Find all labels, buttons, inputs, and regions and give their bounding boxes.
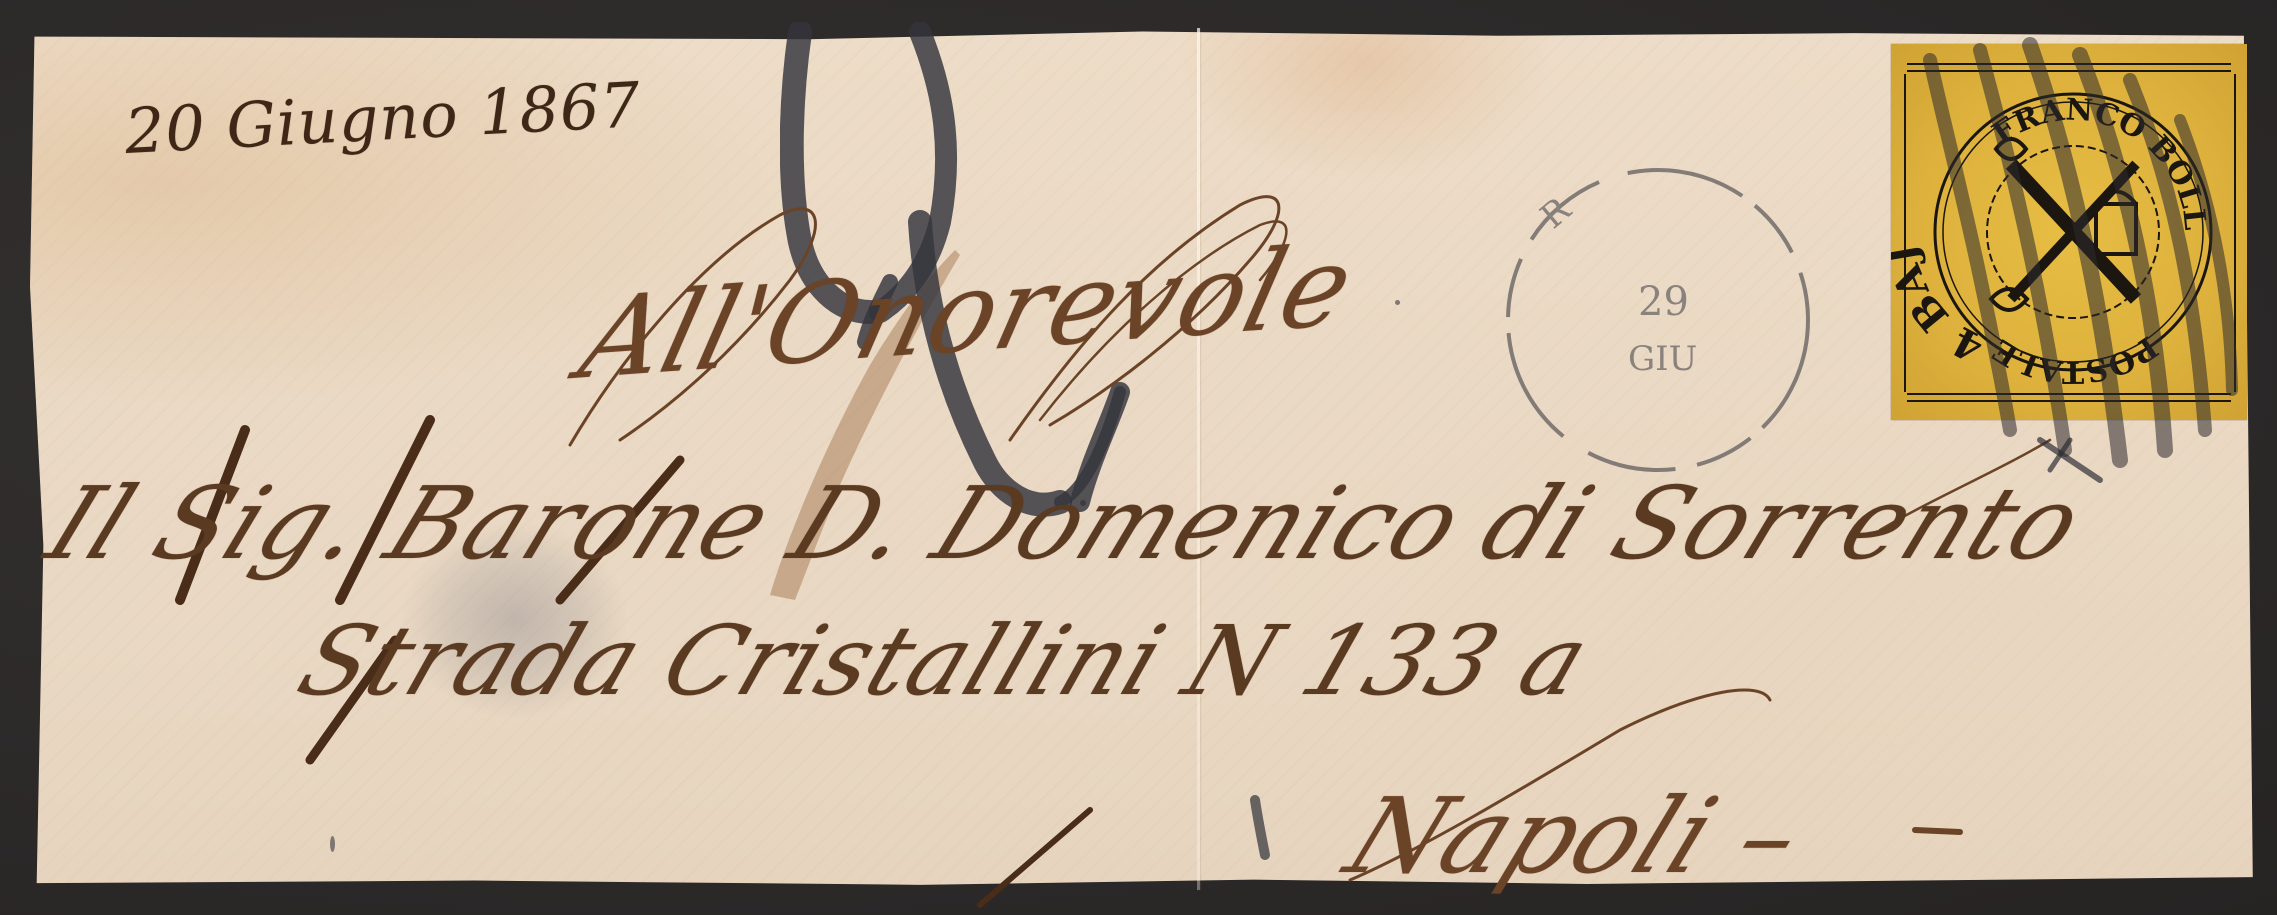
postmark-day: 29 bbox=[1638, 279, 1689, 325]
ink-speck bbox=[330, 836, 335, 852]
postmark-month: GIU bbox=[1628, 339, 1697, 379]
circular-datestamp: R 29 GIU bbox=[1478, 140, 1838, 500]
stamp-value: 4 BAJ bbox=[1891, 241, 1991, 371]
ink-speck bbox=[1395, 300, 1400, 305]
stamp-inscription-bottom: POSTALE bbox=[1987, 329, 2164, 389]
address-street: Strada Cristallini N 133 a bbox=[285, 605, 1604, 717]
address-city: Napoli – bbox=[1330, 775, 1821, 897]
ink-speck bbox=[1080, 500, 1086, 506]
stamp-design: FRANCO BOLLO POSTALE 4 BAJ bbox=[1891, 44, 2247, 420]
postage-stamp: FRANCO BOLLO POSTALE 4 BAJ bbox=[1891, 44, 2247, 420]
